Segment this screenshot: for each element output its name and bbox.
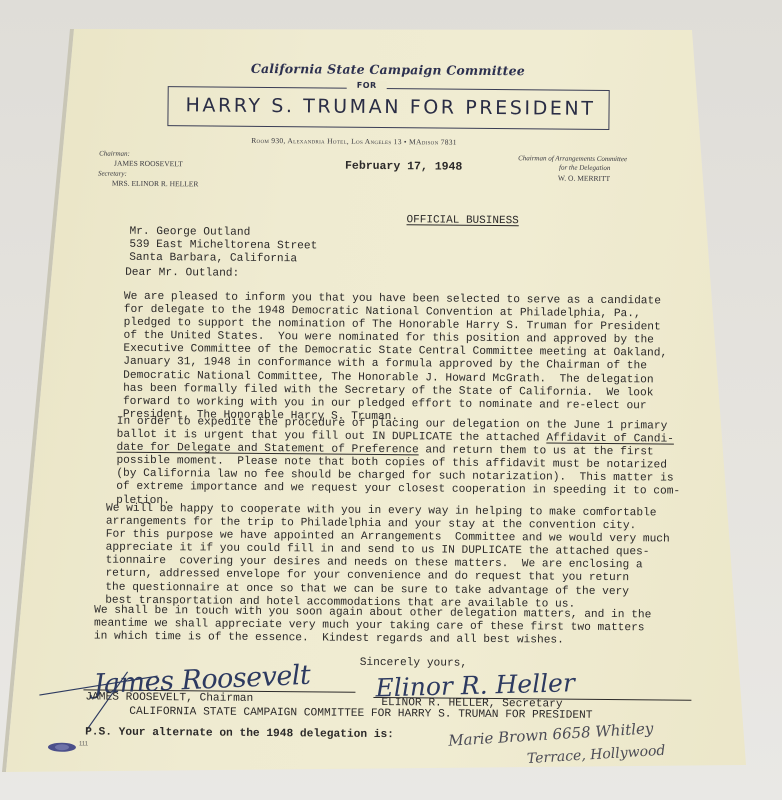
salutation: Dear Mr. Outland: (125, 267, 239, 281)
letter-date: February 17, 1948 (345, 160, 462, 174)
closing: Sincerely yours, (360, 657, 468, 671)
affidavit-title-underlined: Affidavit of Candi- (546, 433, 674, 446)
paragraph-3: We will be happy to cooperate with you i… (105, 503, 670, 613)
arrangements-role-line2: for the Delegation (559, 164, 610, 172)
address-line: Room 930, Alexandria Hotel, Los Angeles … (251, 136, 457, 147)
union-bug-number: 111 (79, 741, 88, 747)
paragraph-4: We shall be in touch with you soon again… (94, 605, 652, 649)
p2-text: and return them to us at the first (419, 445, 654, 459)
union-bug-icon (47, 741, 77, 753)
committee-line: CALIFORNIA STATE CAMPAIGN COMMITTEE FOR … (129, 706, 592, 723)
recipient-address: Mr. George Outland 539 East Micheltorena… (129, 226, 317, 267)
official-business-stamp: OFFICIAL BUSINESS (407, 214, 519, 228)
paragraph-2: In order to expedite the procedure of pl… (116, 416, 681, 513)
chairman-name: JAMES ROOSEVELT (114, 159, 183, 169)
recipient-city: Santa Barbara, California (129, 252, 317, 267)
campaign-title: HARRY S. TRUMAN FOR PRESIDENT (185, 94, 595, 120)
organization-name: California State Campaign Committee (251, 61, 525, 78)
secretary-role: Secretary: (98, 170, 127, 178)
chairman-role: Chairman: (99, 150, 130, 158)
alternate-handwritten-line2: Terrace, Hollywood (527, 743, 666, 767)
postscript: P.S. Your alternate on the 1948 delegati… (85, 726, 394, 742)
roosevelt-typed-name: JAMES ROOSEVELT, Chairman (85, 691, 253, 706)
for-label: FOR (347, 81, 387, 90)
arrangements-chair-name: W. O. MERRITT (558, 174, 610, 183)
arrangements-role-line1: Chairman of Arrangements Committee (518, 154, 627, 163)
paragraph-1: We are pleased to inform you that you ha… (123, 291, 668, 427)
secretary-name: MRS. ELINOR R. HELLER (112, 179, 199, 189)
affidavit-title-underlined: date for Delegate and Statement of Prefe… (117, 442, 419, 457)
letter-content: California State Campaign Committee FOR … (0, 0, 782, 800)
